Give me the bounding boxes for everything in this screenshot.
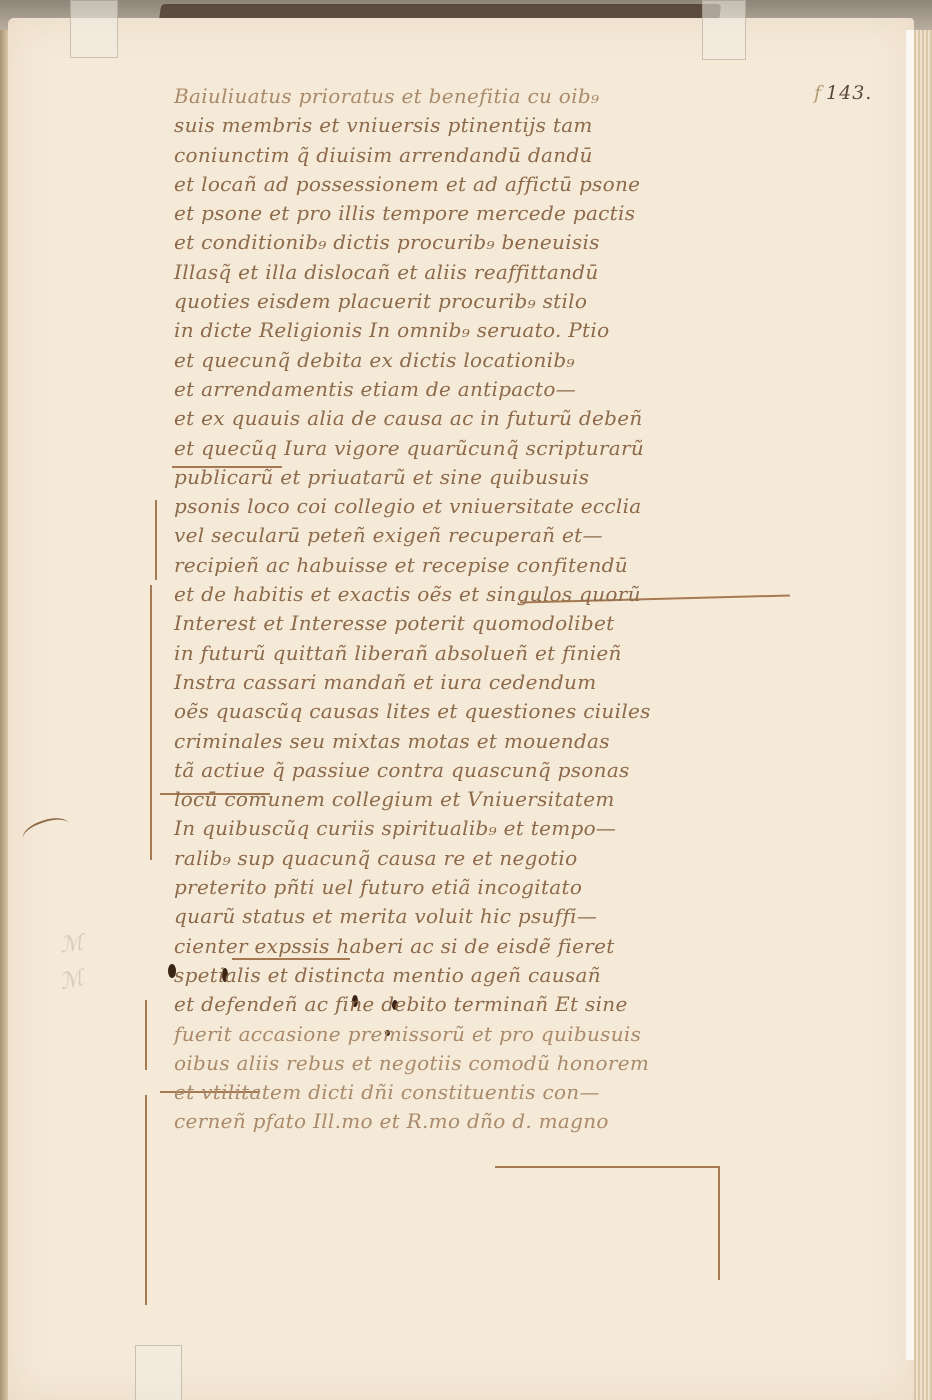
margin-bracket: [150, 585, 152, 860]
text-line: psonis loco coi collegio et vniuersitate…: [174, 492, 734, 521]
text-line: et psone et pro illis tempore mercede pa…: [174, 199, 734, 228]
text-line: criminales seu mixtas motas et mouendas: [174, 727, 734, 756]
margin-bracket: [155, 500, 157, 580]
text-line: cienter expssis haberi ac si de eisdẽ fi…: [174, 932, 734, 961]
text-line: fuerit accasione premissorũ et pro quibu…: [174, 1020, 734, 1049]
margin-bracket: [145, 1095, 147, 1305]
text-line: Interest et Interesse poterit quomodolib…: [174, 609, 734, 638]
text-line: quoties eisdem placuerit procurib₉ stilo: [174, 287, 734, 316]
text-line: et ex quauis alia de causa ac in futurũ …: [174, 404, 734, 433]
text-line: et arrendamentis etiam de antipacto—: [174, 375, 734, 404]
text-line: Illasq̃ et illa dislocañ et aliis reaffi…: [174, 258, 734, 287]
text-line: vel secularū peteñ exigeñ recuperañ et—: [174, 521, 734, 550]
underline-rule: [495, 1166, 720, 1168]
text-line: In quibuscũq curiis spiritualib₉ et temp…: [174, 814, 734, 843]
text-line: recipieñ ac habuisse et recepise confite…: [174, 551, 734, 580]
text-line: coniunctim q̃ diuisim arrendandū dandū: [174, 141, 734, 170]
text-line: tã actiue q̃ passiue contra quascunq̃ ps…: [174, 756, 734, 785]
manuscript-text: Baiuliuatus prioratus et benefitia cu oi…: [174, 82, 734, 1137]
margin-bracket: [145, 1000, 147, 1070]
margin-bracket: [718, 1168, 720, 1280]
folio-mark: f: [814, 82, 822, 104]
text-line: et conditionib₉ dictis procurib₉ beneuis…: [174, 228, 734, 257]
text-line: Baiuliuatus prioratus et benefitia cu oi…: [174, 82, 734, 111]
text-line: oẽs quascũq causas lites et questiones c…: [174, 697, 734, 726]
text-line: quarũ status et merita voluit hic psuffi…: [174, 902, 734, 931]
fore-edge-leaves: [914, 30, 932, 1400]
text-line: publicarũ et priuatarũ et sine quibusuis: [174, 463, 734, 492]
text-line: et vtilitatem dicti dñi constituentis co…: [174, 1078, 734, 1107]
folio-number-text: 143.: [826, 82, 872, 104]
bleed-through-text: ℳ: [58, 930, 85, 958]
text-line: et quecunq̃ debita ex dictis locationib₉: [174, 346, 734, 375]
text-line: in dicte Religionis In omnib₉ seruato. P…: [174, 316, 734, 345]
text-line: spetialis et distincta mentio ageñ causa…: [174, 961, 734, 990]
text-line: cerneñ pfato Ill.mo et R.mo dño d. magno: [174, 1107, 734, 1136]
folio-number: f143.: [814, 82, 872, 104]
text-line: ralib₉ sup quacunq̃ causa re et negotio: [174, 844, 734, 873]
text-line: oibus aliis rebus et negotiis comodũ hon…: [174, 1049, 734, 1078]
text-line: locū comunem collegium et Vniuersitatem: [174, 785, 734, 814]
fore-edge-highlight: [906, 30, 914, 1360]
page-spine-edge: [0, 30, 8, 1400]
text-line: et defendeñ ac fine debito terminañ Et s…: [174, 990, 734, 1019]
text-line: suis membris et vniuersis ptinentijs tam: [174, 111, 734, 140]
conservation-tape-left: [70, 0, 118, 58]
text-line: et locañ ad possessionem et ad affictū p…: [174, 170, 734, 199]
text-line: in futurũ quittañ liberañ absolueñ et fi…: [174, 639, 734, 668]
text-line: Instra cassari mandañ et iura cedendum: [174, 668, 734, 697]
text-line: preterito pñti uel futuro etiã incogitat…: [174, 873, 734, 902]
text-line: et quecũq Iura vigore quarũcunq̃ scriptu…: [174, 434, 734, 463]
conservation-tape-right: [702, 0, 746, 60]
bleed-through-text: ℳ: [58, 966, 86, 995]
conservation-tape-bottom: [135, 1345, 182, 1400]
text-line: et de habitis et exactis oẽs et singulos…: [174, 580, 734, 609]
